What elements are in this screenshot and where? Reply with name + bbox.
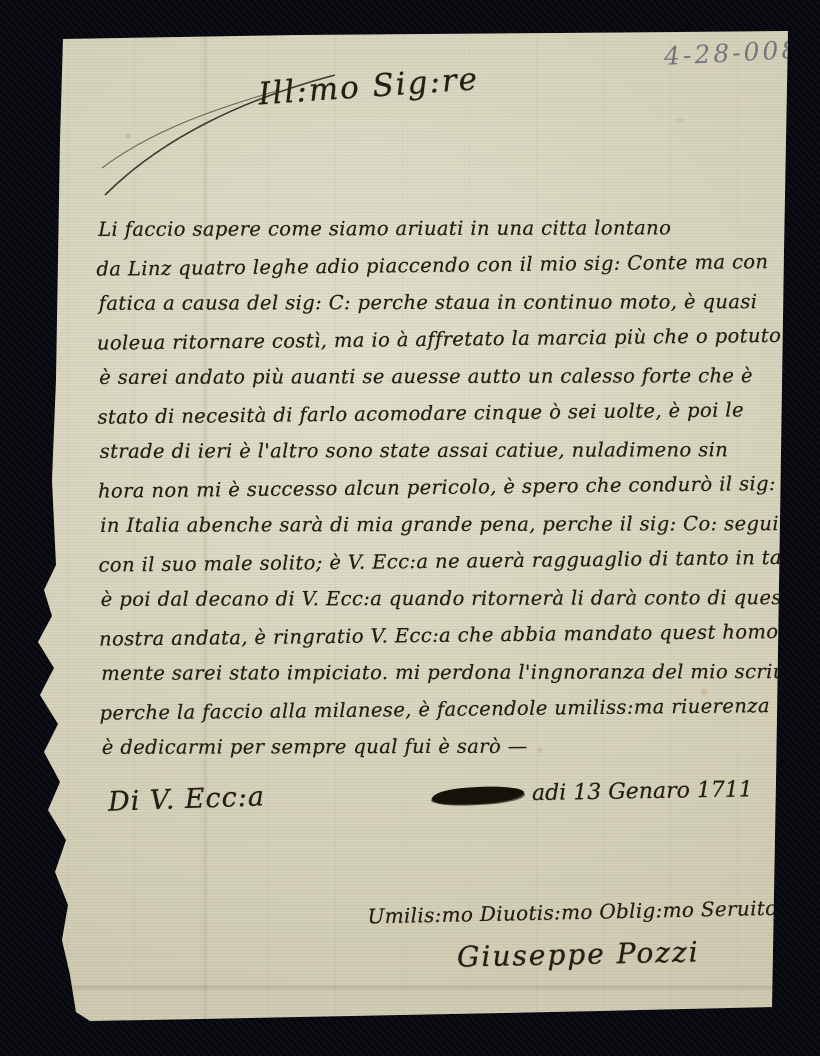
signature-name: Giuseppe Pozzi (368, 934, 789, 976)
ink-blot (432, 784, 525, 806)
handwritten-line: hora non mi è successo alcun pericolo, è… (98, 465, 746, 509)
handwritten-line: con il suo male solito; è V. Ecc:a ne au… (98, 539, 746, 583)
signature-titles: Umilis:mo Diuotis:mo Oblig:mo Seruitore (367, 896, 787, 929)
handwritten-line: fatica a causa del sig: C: perche staua … (99, 283, 747, 322)
handwritten-line: uoleua ritornare costì, ma io à affretat… (97, 317, 745, 361)
dateline-text: adi 13 Genaro 1711 (532, 777, 753, 806)
handwritten-line: da Linz quatro leghe adio piaccendo con … (96, 243, 744, 287)
handwritten-line: è dedicarmi per sempre qual fui è sarò — (102, 727, 750, 766)
letter-paper: 4-28-008 Ill:mo Sig:re Li faccio sapere … (0, 0, 820, 1056)
handwritten-line: perche la faccio alla milanese, è faccen… (99, 687, 747, 731)
handwritten-line: è sarei andato più auanti se auesse autt… (99, 357, 747, 396)
handwritten-line: Li faccio sapere come siamo ariuati in u… (98, 209, 746, 248)
signature-block: Umilis:mo Diuotis:mo Oblig:mo Seruitore … (367, 896, 788, 976)
handwritten-line: è poi dal decano di V. Ecc:a quando rito… (101, 579, 749, 618)
handwritten-line: in Italia abenche sarà di mia grande pen… (100, 505, 748, 544)
dateline: adi 13 Genaro 1711 (432, 777, 753, 808)
handwritten-line: strade di ieri è l'altro sono state assa… (100, 431, 748, 470)
handwritten-line: nostra andata, è ringratio V. Ecc:a che … (99, 613, 747, 657)
salutation: Ill:mo Sig:re (257, 56, 559, 113)
closing-formula: Di V. Ecc:a (108, 781, 266, 817)
handwritten-line: mente sarei stato impiciato. mi perdona … (101, 653, 749, 692)
letter-body: Li faccio sapere come siamo ariuati in u… (96, 208, 748, 768)
scan-background: 4-28-008 Ill:mo Sig:re Li faccio sapere … (0, 0, 820, 1056)
handwritten-line: stato di necesità di farlo acomodare cin… (97, 391, 745, 435)
catalog-number: 4-28-008 (663, 34, 814, 71)
